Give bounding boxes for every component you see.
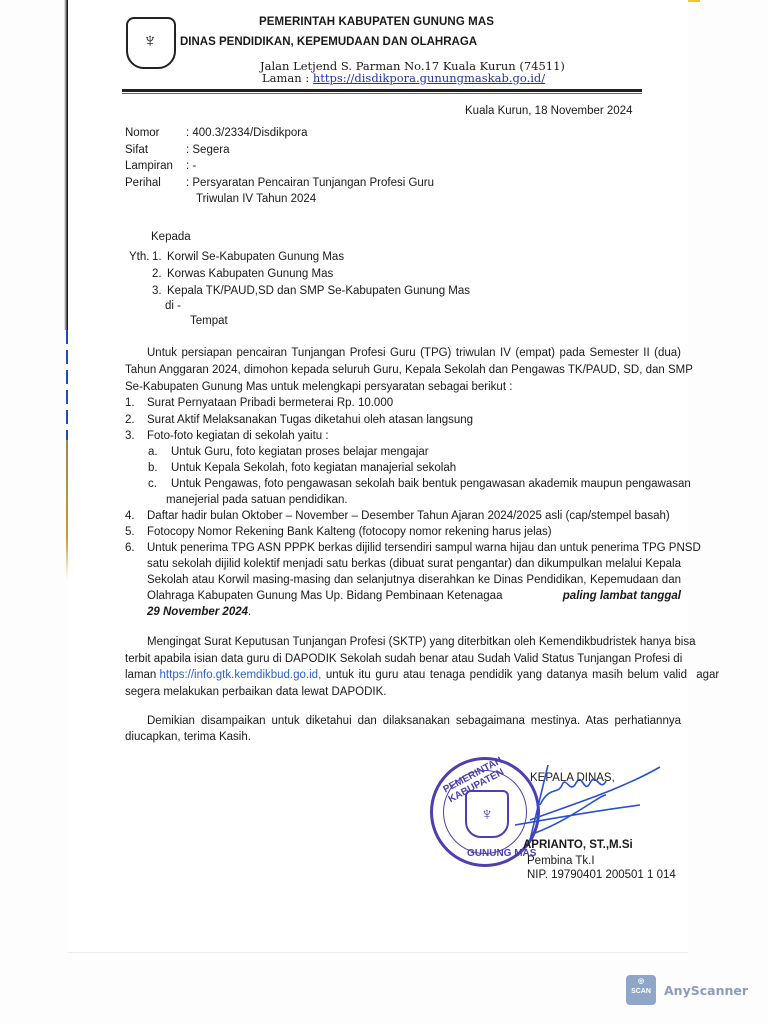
photo-item-text: Untuk Guru, foto kegiatan proses belajar… [171, 446, 429, 458]
requirement-text: Fotocopy Nomor Rekening Bank Kalteng (fo… [147, 526, 552, 538]
signer-name: APRIANTO, ST.,M.Si [523, 839, 633, 851]
photo-item-text: Untuk Pengawas, foto pengawasan sekolah … [171, 478, 681, 490]
sktp-line: laman https://info.gtk.kemdikbud.go.id, … [125, 669, 681, 681]
deadline-period: . [248, 606, 251, 618]
photo-item-text: Untuk Kepala Sekolah, foto kegiatan mana… [171, 462, 456, 474]
handwritten-signature [510, 765, 670, 845]
scan-app-icon: ◎SCAN [626, 975, 656, 1005]
meta-label-lampiran: Lampiran [125, 160, 173, 172]
letterhead-rule-thin [122, 93, 642, 94]
recipient-item: Kepala TK/PAUD,SD dan SMP Se-Kabupaten G… [167, 285, 470, 297]
photo-item-num: b. [148, 462, 158, 474]
sktp-line: segera melakukan perbaikan data lewat DA… [125, 686, 386, 698]
requirement-6-line: satu sekolah dijilid kolektif menjadi sa… [147, 558, 681, 570]
body-intro-line: Untuk persiapan pencairan Tunjangan Prof… [147, 347, 681, 359]
date-line: Kuala Kurun, 18 November 2024 [465, 105, 633, 117]
meta-value-nomor: : 400.3/2334/Disdikpora [186, 127, 307, 139]
requirement-num: 3. [125, 430, 135, 442]
recipient-di: di - [165, 300, 181, 312]
recipient-yth: Yth. [129, 251, 149, 263]
recipient-num: 1. [152, 251, 162, 263]
requirement-6-line: Untuk penerima TPG ASN PPPK berkas dijil… [147, 542, 681, 554]
letterhead-government: PEMERINTAH KABUPATEN GUNUNG MAS [259, 16, 494, 28]
requirement-num: 2. [125, 414, 135, 426]
deadline-date: 29 November 2024 [147, 606, 248, 618]
signer-rank: Pembina Tk.I [527, 855, 595, 867]
sktp-text: untuk itu guru atau tenaga pendidik yang… [321, 669, 719, 681]
recipient-num: 3. [152, 285, 162, 297]
requirement-6-line: Sekolah atau Korwil masing-masing dan se… [147, 574, 681, 586]
photo-item-num: a. [148, 446, 158, 458]
meta-label-perihal: Perihal [125, 177, 161, 189]
closing-line: Demikian disampaikan untuk diketahui dan… [147, 715, 681, 727]
stamp-crest-icon: ♆ [465, 790, 509, 838]
sktp-text: laman [125, 669, 160, 681]
recipient-place: Tempat [190, 315, 228, 327]
anyscanner-watermark: ◎SCAN AnyScanner [626, 975, 748, 1005]
website-link[interactable]: https://disdikpora.gunungmaskab.go.id/ [313, 71, 545, 85]
requirement-6-line: 29 November 2024. [147, 606, 251, 618]
sktp-line: Mengingat Surat Keputusan Tunjangan Prof… [147, 636, 681, 648]
recipient-item: Korwas Kabupaten Gunung Mas [167, 268, 333, 280]
sktp-line: terbit apabila isian data guru di DAPODI… [125, 653, 681, 665]
website-label: Laman : [262, 71, 313, 85]
requirement-num: 4. [125, 510, 135, 522]
meta-value-sifat: : Segera [186, 144, 229, 156]
deadline-emphasis: paling lambat tanggal [563, 590, 681, 602]
body-intro-line: Tahun Anggaran 2024, dimohon kepada selu… [125, 364, 681, 376]
requirement-text: Surat Pernyataan Pribadi bermeterai Rp. … [147, 397, 393, 409]
subject-line-2: Triwulan IV Tahun 2024 [196, 193, 316, 205]
signer-nip: NIP. 19790401 200501 1 014 [527, 869, 676, 881]
meta-value-perihal: : Persyaratan Pencairan Tunjangan Profes… [186, 177, 434, 189]
recipient-item: Korwil Se-Kabupaten Gunung Mas [167, 251, 344, 263]
requirement-text: Surat Aktif Melaksanakan Tugas diketahui… [147, 414, 473, 426]
closing-line: diucapkan, terima Kasih. [125, 731, 251, 743]
regency-crest-icon: ♆ [126, 17, 176, 69]
letterhead-rule [122, 89, 642, 92]
requirement-text: Foto-foto kegiatan di sekolah yaitu : [147, 430, 329, 442]
photo-item-num: c. [148, 478, 157, 490]
requirement-6-line: Olahraga Kabupaten Gunung Mas Up. Bidang… [147, 590, 681, 602]
photo-item-text: manejerial pada satuan pendidikan. [166, 494, 348, 506]
requirement-text: Daftar hadir bulan Oktober – November – … [147, 510, 670, 522]
letterhead-agency: DINAS PENDIDIKAN, KEPEMUDAAN DAN OLAHRAG… [180, 36, 477, 48]
requirement-num: 6. [125, 542, 135, 554]
meta-label-nomor: Nomor [125, 127, 160, 139]
recipient-num: 2. [152, 268, 162, 280]
requirement-num: 5. [125, 526, 135, 538]
body-intro-line: Se-Kabupaten Gunung Mas untuk melengkapi… [125, 381, 512, 393]
gtk-info-link[interactable]: https://info.gtk.kemdikbud.go.id, [160, 669, 322, 681]
letterhead-website: Laman : https://disdikpora.gunungmaskab.… [262, 71, 545, 85]
scan-icon-label: SCAN [631, 988, 651, 995]
meta-label-sifat: Sifat [125, 144, 148, 156]
meta-value-lampiran: : - [186, 160, 196, 172]
requirement-num: 1. [125, 397, 135, 409]
requirement-6-text: Olahraga Kabupaten Gunung Mas Up. Bidang… [147, 590, 502, 602]
scanner-app-name: AnyScanner [664, 983, 748, 998]
recipient-intro: Kepada [151, 231, 191, 243]
